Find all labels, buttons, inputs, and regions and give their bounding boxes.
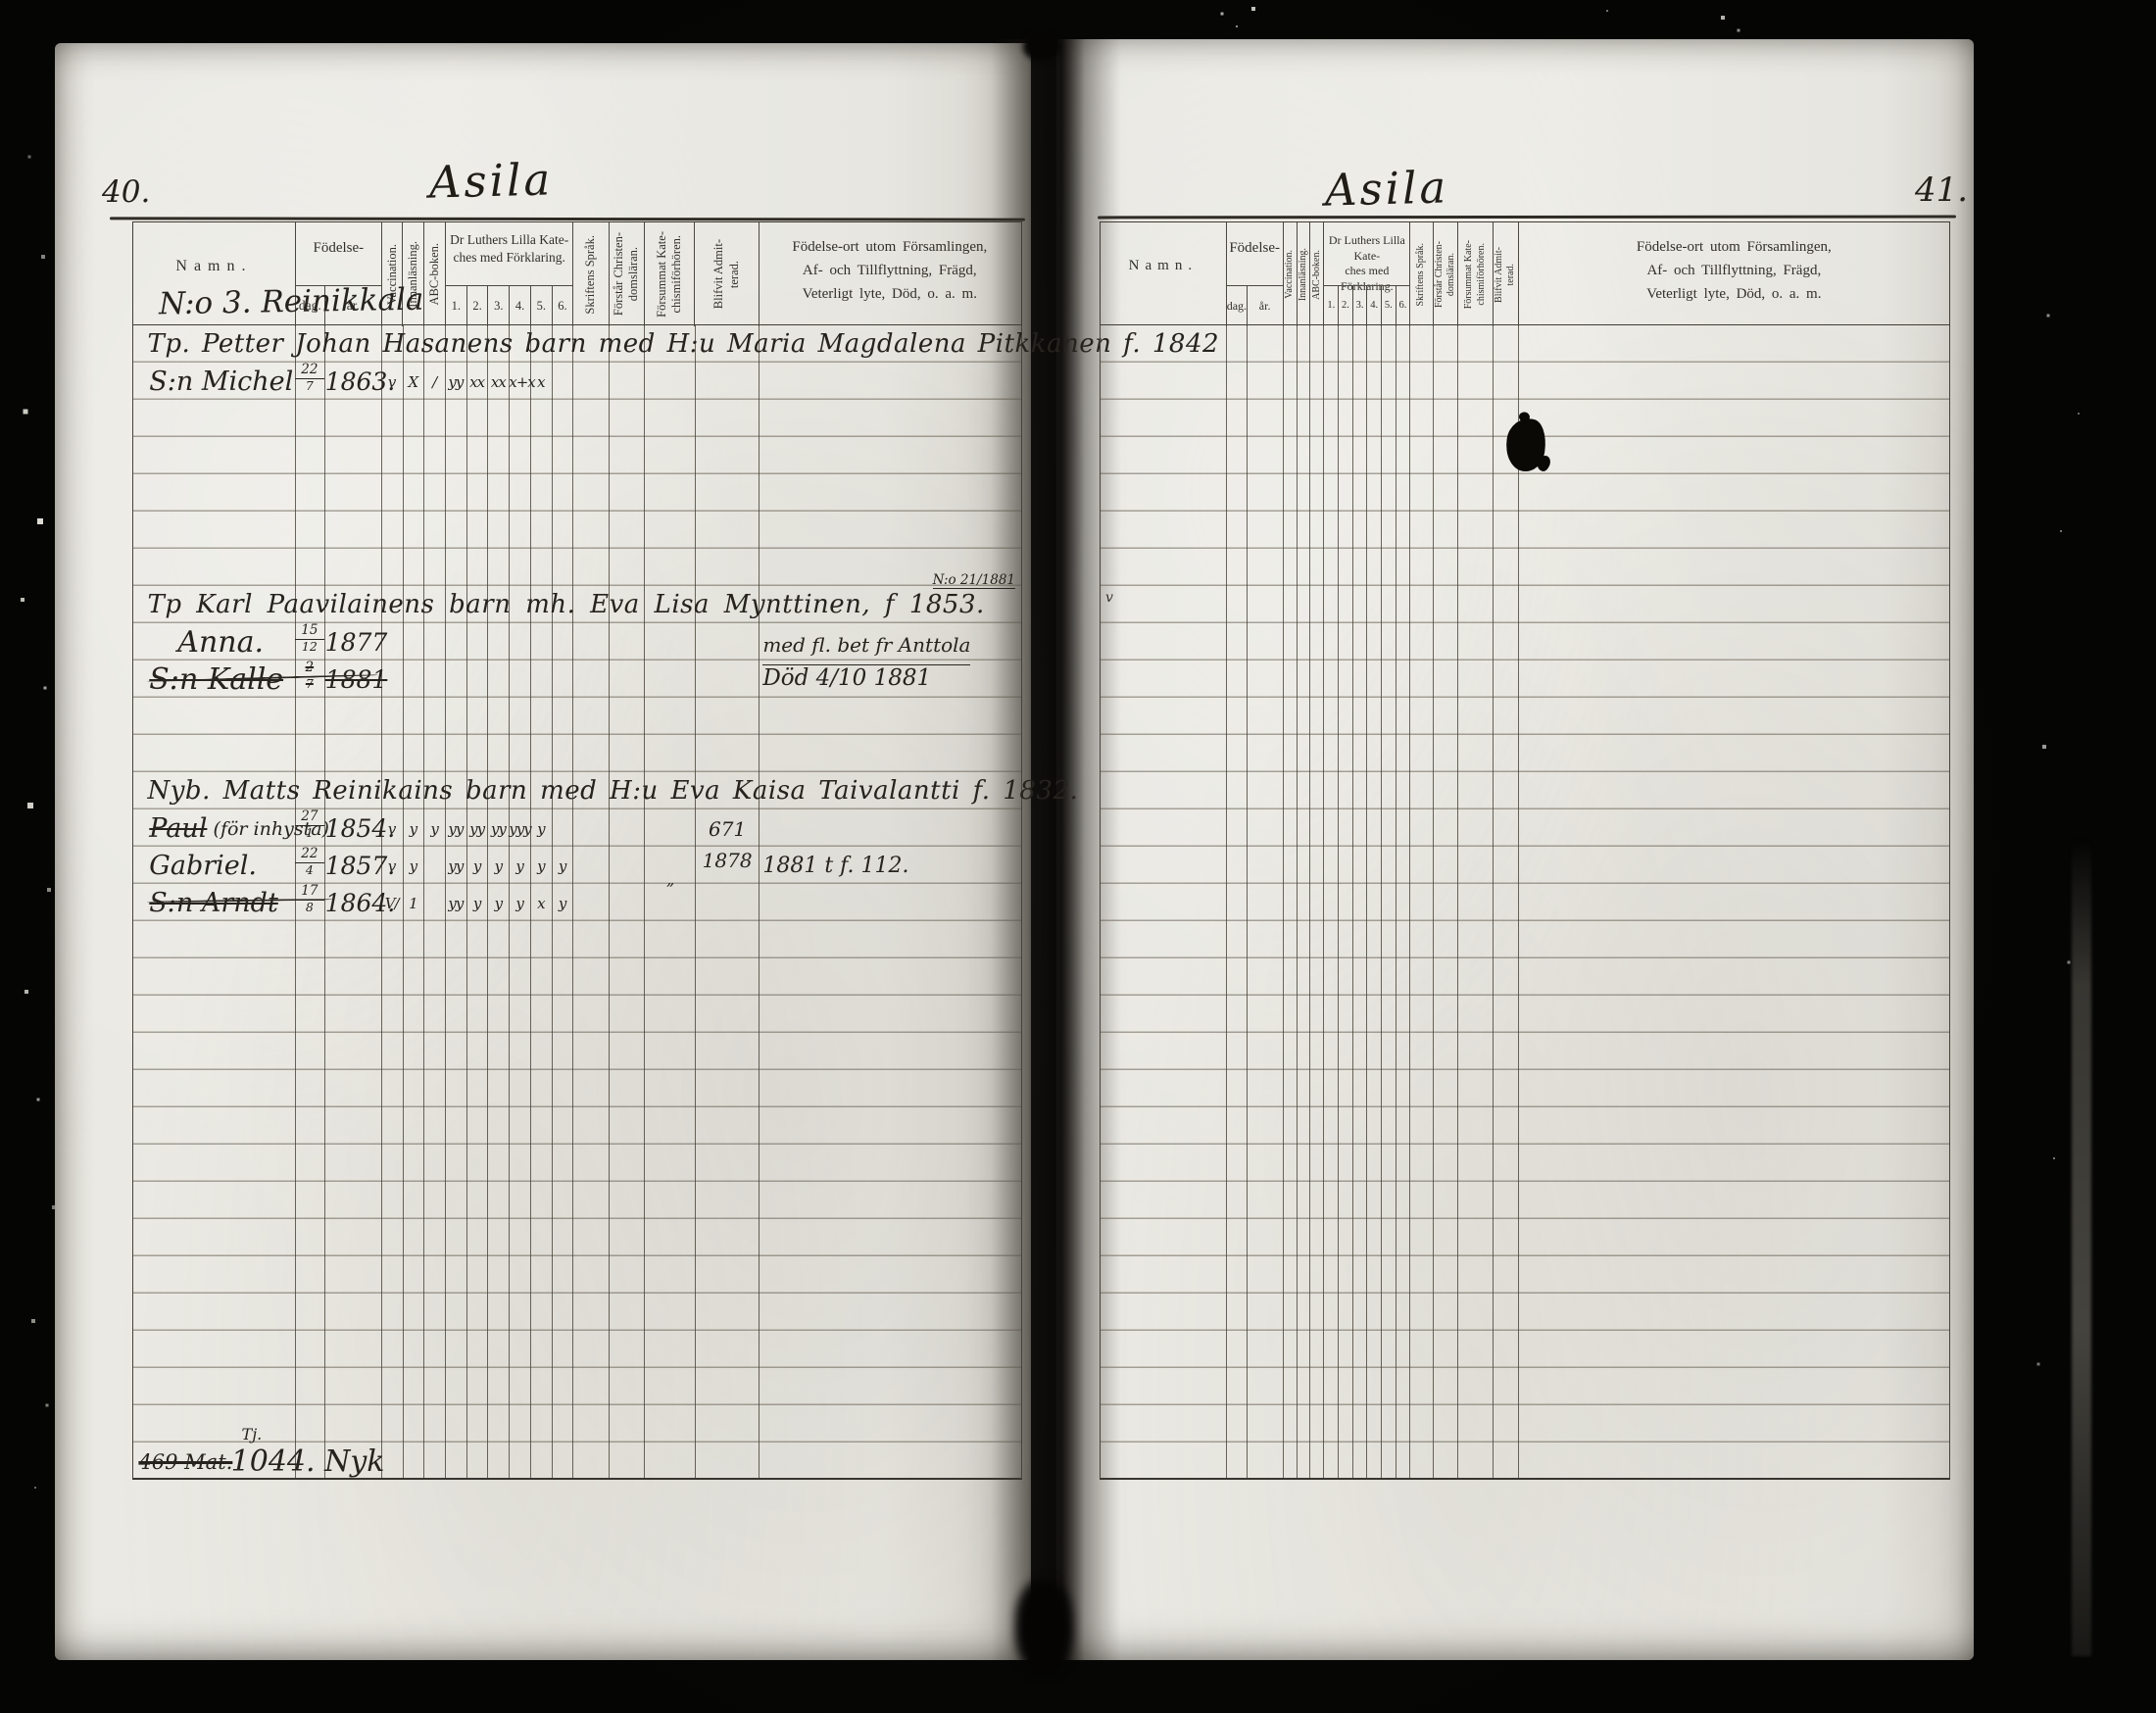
book-edge-band: [2072, 839, 2091, 1656]
child-row-michel: S:n Michel 227 1863. v X / yy xx xx x+x …: [133, 363, 1021, 400]
birth-day: 2: [295, 661, 324, 677]
family-entry-3: Nyb. Matts Reinikains barn med H:u Eva K…: [147, 772, 1078, 809]
col-skriftens-label: Skriftens Språk.: [584, 235, 597, 315]
right-page-title: Asila: [1324, 161, 1449, 216]
col-skriftens-sprak: Skriftens Språk.: [1409, 222, 1433, 326]
column-line: [1323, 325, 1324, 1478]
vaccination-mark: V/: [381, 884, 403, 923]
column-line: [1409, 325, 1410, 1478]
child-name-struck: Paul: [149, 809, 211, 849]
col-kateches-group: Dr Luthers Lilla Kate- ches med Förklari…: [1323, 222, 1409, 285]
col-k5: 5.: [1381, 285, 1396, 326]
col-innanlasning-label: Innanläsning.: [1298, 248, 1309, 301]
innanlasning-mark: y: [403, 847, 424, 886]
child-name-struck: S:n Arndt: [149, 884, 291, 923]
col-blifvit-line1: Blifvit Admit-: [712, 239, 725, 309]
col-fodelse-label: Födelse-: [1229, 240, 1280, 256]
col-fodelseort-remarks: Födelse-ort utom Församlingen, Af- och T…: [1518, 222, 1949, 326]
family-entry-2: Tp Karl Paavilainens barn mh. Eva Lisa M…: [147, 586, 984, 623]
birth-year: 1857.: [325, 847, 381, 886]
left-page-number: 40.: [102, 174, 150, 210]
col-k6: 6.: [1396, 285, 1410, 326]
kateches-mark-2: y: [466, 884, 488, 923]
kateches-mark-3: yy: [487, 809, 509, 849]
kateches-mark-2: yy: [466, 809, 488, 849]
birth-month: 1: [295, 826, 324, 840]
birth-month: 12: [295, 640, 324, 654]
column-line: [1457, 325, 1458, 1478]
col-forstar-line2: domsläran.: [627, 247, 640, 301]
stray-ink-mark: v: [1105, 590, 1113, 606]
kateches-mark-1: yy: [445, 363, 466, 402]
kateches-mark-5: x: [530, 363, 552, 402]
column-line: [1226, 325, 1227, 1478]
column-line: [1433, 325, 1434, 1478]
kateches-mark-3: y: [487, 884, 509, 923]
col-k4: 4.: [1366, 285, 1381, 326]
kateches-mark-2: y: [466, 847, 488, 886]
column-line: [1309, 325, 1310, 1478]
kateches-mark-4: y: [509, 847, 530, 886]
vaccination-mark: v: [381, 363, 403, 402]
birth-day: 22: [295, 364, 324, 379]
abc-mark: /: [423, 363, 445, 402]
birth-year: 1863.: [325, 363, 381, 402]
column-line: [1493, 325, 1494, 1478]
col-k1: 1.: [1323, 285, 1338, 326]
column-line: [1518, 325, 1519, 1478]
col-k3: 3.: [1352, 285, 1367, 326]
birth-day: 22: [295, 848, 324, 863]
col-k6: 6.: [552, 285, 573, 326]
col-forstar-christendomslaran: Förstår Christen- domsläran.: [1433, 222, 1457, 326]
col-forstar-line1: Förstår Christen-: [1435, 241, 1445, 308]
innanlasning-mark: y: [403, 809, 424, 849]
col-k2: 2.: [1338, 285, 1352, 326]
church-book-scan: 40. Asila Asila 41. Namn. Födelse- dag. …: [0, 0, 2156, 1713]
child-row-arndt: S:n Arndt 178 1864. V/ 1 yy y y y x y: [133, 884, 1021, 921]
birth-month: 7: [295, 379, 324, 393]
abc-mark: y: [423, 809, 445, 849]
kateches-mark-6: y: [552, 884, 573, 923]
kateches-mark-3: y: [487, 847, 509, 886]
footer-tj-abbrev: Tj.: [242, 1427, 263, 1443]
col-kateches-line1: Dr Luthers Lilla Kate-: [446, 231, 572, 249]
birth-day-month: 271: [295, 810, 324, 839]
birth-year-struck: 1881: [325, 661, 381, 700]
col-fodelseort-line2: Af- och Tillflyttning, Frägd,: [1572, 259, 1895, 282]
col-abc-label: ABC-boken.: [1312, 250, 1323, 300]
birth-day-month: 227: [295, 364, 324, 392]
remark-note: 1881 t f. 112.: [762, 847, 908, 886]
col-k3: 3.: [487, 285, 509, 326]
section-label: N:o 3. Reinikkala: [159, 282, 424, 322]
col-dag: dag.: [1226, 285, 1247, 326]
column-line: [1283, 325, 1284, 1478]
col-k2: 2.: [466, 285, 488, 326]
col-fodelseort-line3: Veterligt lyte, Död, o. a. m.: [766, 282, 1013, 306]
column-line: [1297, 325, 1298, 1478]
footer-struck-text: 469 Mat.: [138, 1443, 232, 1482]
column-line: [1338, 325, 1339, 1478]
column-line: [1352, 325, 1353, 1478]
col-blifvit-line1: Blifvit Admit-: [1494, 247, 1505, 303]
col-blifvit-admitterad: Blifvit Admit- terad.: [694, 222, 758, 326]
birth-day: 27: [295, 810, 324, 826]
child-name: S:n Michel: [149, 363, 291, 402]
birth-year: 1854.: [325, 809, 381, 849]
col-fodelseort-line1: Födelse-ort utom Församlingen,: [766, 235, 1013, 259]
col-abc-boken: ABC-boken.: [1309, 222, 1323, 326]
innanlasning-mark: 1: [403, 884, 424, 923]
kateches-mark-5: x: [530, 884, 552, 923]
col-ar: år.: [1247, 285, 1283, 326]
col-forsummat-katechesforhoren: Försummat Kate- chismiförhören.: [644, 222, 695, 326]
admitted-number: 1878: [695, 841, 759, 880]
child-row-kalle: S:n Kalle 27 1881 Död 4/10 1881: [133, 661, 1021, 698]
kateches-mark-3: xx: [487, 363, 509, 402]
kateches-mark-1: yy: [445, 809, 466, 849]
col-abc-boken: ABC-boken.: [423, 222, 445, 326]
column-line: [1381, 325, 1382, 1478]
col-kateches-line2: ches med Förklaring.: [446, 249, 572, 267]
kateches-mark-6: y: [552, 847, 573, 886]
gutter-shadow-bottom: [1015, 1580, 1072, 1674]
col-innanlasning: Innanläsning.: [1297, 222, 1310, 326]
col-forsummat-line1: Försummat Kate-: [1464, 240, 1475, 309]
birth-day-month: 224: [295, 848, 324, 876]
right-page-number: 41.: [1915, 171, 1968, 210]
left-page-title: Asila: [428, 153, 554, 208]
col-fodelseort-remarks: Födelse-ort utom Församlingen, Af- och T…: [759, 222, 1020, 326]
death-note: Död 4/10 1881: [762, 659, 931, 698]
footer-number: 1044. Nyk: [231, 1443, 385, 1482]
col-fodelse-label: Födelse-: [313, 240, 364, 256]
column-line: [1366, 325, 1367, 1478]
col-namn-label: Namn.: [175, 258, 252, 274]
kateches-mark-1: yy: [445, 847, 466, 886]
col-namn: Namn.: [1101, 222, 1226, 326]
footer-row: 469 Mat. Tj. 1044. Nyk: [133, 1443, 1021, 1480]
child-row-gabriel: Gabriel. 224 1857. v y yy y y y y y „ 18…: [133, 847, 1021, 884]
birth-year: 1864.: [325, 884, 381, 923]
kateches-mark-5: y: [530, 809, 552, 849]
column-line: [1247, 325, 1248, 1478]
col-vaccination: Vaccination.: [1283, 222, 1297, 326]
family-entry-1: Tp. Petter Johan Hasanens barn med H:u M…: [147, 325, 1219, 363]
child-name: Gabriel.: [149, 847, 291, 886]
col-fodelse-group: Födelse-: [1226, 222, 1283, 285]
vaccination-mark: v: [381, 847, 403, 886]
col-skriftens-sprak: Skriftens Språk.: [572, 222, 608, 326]
col-skriftens-label: Skriftens Språk.: [1416, 243, 1427, 306]
column-line: [1396, 325, 1396, 1478]
kateches-mark-2: xx: [466, 363, 488, 402]
kateches-mark-4: yyy: [509, 809, 530, 849]
kateches-mark-4: x+x: [509, 363, 530, 402]
vaccination-mark: v: [381, 809, 403, 849]
innanlasning-mark: X: [403, 363, 424, 402]
kateches-mark-4: y: [509, 884, 530, 923]
col-fodelse-group: Födelse-: [295, 222, 381, 285]
birth-day-month: 1512: [295, 624, 324, 653]
col-abc-label: ABC-boken.: [428, 243, 441, 306]
col-forstar-line2: domsläran.: [1446, 253, 1457, 296]
col-forsummat-line2: chismiförhören.: [670, 235, 683, 314]
col-blifvit-line2: terad.: [728, 261, 741, 288]
child-row-anna: Anna. 1512 1877 med fl. bet fr Anttola: [133, 623, 1021, 661]
left-table-rows: Tp. Petter Johan Hasanens barn med H:u M…: [132, 325, 1022, 1480]
birth-month: 4: [295, 863, 324, 877]
birth-month: 8: [295, 901, 324, 914]
col-blifvit-line2: terad.: [1506, 264, 1517, 286]
kateches-mark-1: yy: [445, 884, 466, 923]
family-2-corner-note: N:o 21/1881: [933, 572, 1015, 589]
col-blifvit-admitterad: Blifvit Admit- terad.: [1493, 222, 1518, 326]
col-vaccination-label: Vaccination.: [1285, 250, 1296, 299]
birth-month: 7: [295, 677, 324, 691]
col-fodelseort-line3: Veterligt lyte, Död, o. a. m.: [1572, 282, 1895, 306]
col-forsummat-line2: chismiförhören.: [1477, 243, 1488, 306]
col-kateches-line1: Dr Luthers Lilla Kate-: [1324, 233, 1409, 264]
right-table-header: Namn. Födelse- dag. år. Vaccination. Inn…: [1100, 221, 1950, 325]
birth-day: 17: [295, 885, 324, 901]
col-namn-label: Namn.: [1129, 258, 1198, 273]
col-forstar-line1: Förstår Christen-: [612, 232, 625, 316]
col-fodelseort-line1: Födelse-ort utom Församlingen,: [1572, 235, 1895, 259]
gutter-shadow-top: [1023, 33, 1060, 61]
col-k5: 5.: [530, 285, 552, 326]
col-k1: 1.: [445, 285, 466, 326]
col-forstar-christendomslaran: Förstår Christen- domsläran.: [609, 222, 644, 326]
right-table-rows: [1100, 325, 1950, 1480]
col-k4: 4.: [509, 285, 530, 326]
col-kateches-group: Dr Luthers Lilla Kate- ches med Förklari…: [445, 222, 572, 285]
birth-year: 1877: [325, 623, 381, 662]
birth-day: 15: [295, 624, 324, 640]
child-row-paul: Paul (för inhysta) 271 1854. v y y yy yy…: [133, 809, 1021, 847]
kateches-mark-5: y: [530, 847, 552, 886]
col-forsummat-katechesforhoren: Försummat Kate- chismiförhören.: [1457, 222, 1493, 326]
col-fodelseort-line2: Af- och Tillflyttning, Frägd,: [766, 259, 1013, 282]
col-forsummat-line1: Försummat Kate-: [656, 231, 668, 318]
